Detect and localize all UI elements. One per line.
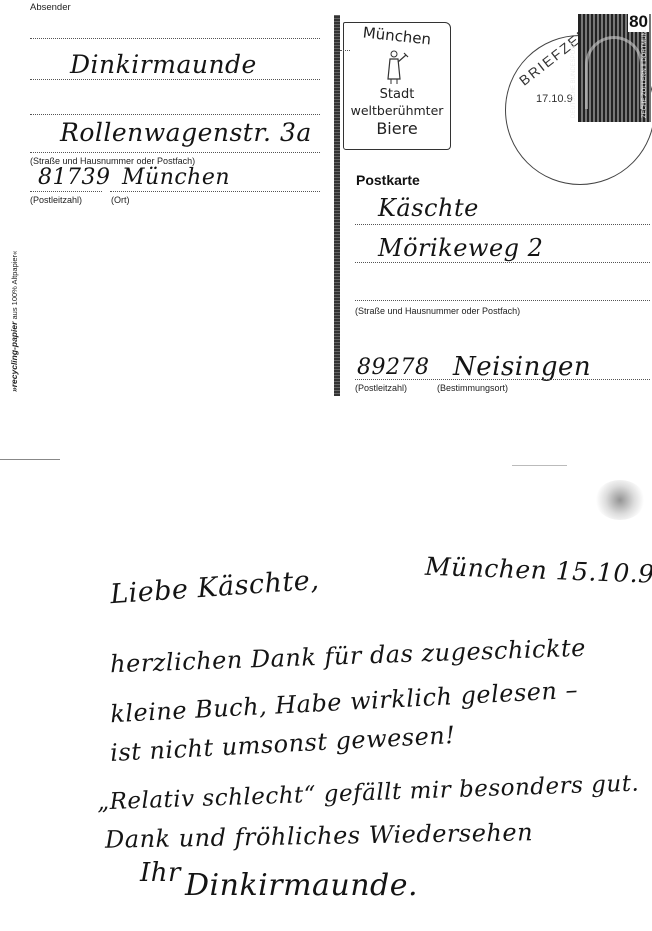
slogan-line-4: Biere (344, 119, 450, 138)
message-line-4: „Relativ schlecht“ gefällt mir besonders… (97, 771, 640, 816)
recipient-street: Mörikeweg 2 (378, 234, 543, 262)
recipient-postcode-caption: (Postleitzahl) (355, 383, 407, 393)
sender-city-caption: (Ort) (111, 195, 130, 205)
sender-street: Rollenwagenstr. 3a (60, 118, 312, 147)
recycling-note-bold: »recycling-papier (9, 322, 19, 392)
postage-stamp: 80 DEUTSCHE BUNDESPOST ZECHE ZOLLERN II … (578, 14, 651, 122)
recipient-city-line (355, 379, 650, 380)
stamp-subject: ZECHE ZOLLERN II DORTMUND (642, 27, 648, 118)
slogan-line-3: weltberühmter (338, 103, 456, 118)
stamp-country: DEUTSCHE BUNDESPOST (571, 42, 577, 118)
recipient-city: Neisingen (453, 352, 591, 382)
sender-postcode-line (30, 191, 102, 192)
message-line-2: kleine Buch, Habe wirklich gelesen – (110, 676, 579, 728)
recycling-note-rest: aus 100% Altpapier« (10, 251, 19, 322)
greeting: Liebe Käschte, (109, 565, 320, 611)
stamp-arch-graphic (585, 36, 643, 109)
slogan-cancellation: München Stadt weltberühmter Biere (343, 22, 451, 150)
recipient-line-1 (355, 224, 650, 225)
postcard-title: Postkarte (356, 172, 420, 188)
slogan-line-2: Stadt (344, 87, 450, 102)
slogan-line-1: München (343, 22, 450, 51)
sender-line-4 (30, 152, 320, 153)
sender-line-2 (30, 79, 320, 80)
slogan-edge-line (340, 50, 350, 51)
sender-heading: Absender (30, 2, 71, 13)
postmark-date: 17.10.9 (536, 93, 573, 105)
sender-name: Dinkirmaunde (70, 50, 257, 79)
message-line-1: herzlichen Dank für das zugeschickte (110, 634, 587, 679)
vertical-divider (334, 15, 340, 396)
place-date: München 15.10.96 (425, 552, 652, 590)
recipient-street-caption: (Straße und Hausnummer oder Postfach) (355, 306, 520, 316)
scan-edge-mark-right (512, 465, 567, 466)
scan-smudge (595, 480, 645, 520)
sender-city: München (122, 165, 230, 190)
sender-line-1 (30, 38, 320, 39)
sender-city-line (110, 191, 320, 192)
closing: Ihr (140, 858, 181, 888)
recipient-line-2 (355, 262, 650, 263)
recipient-city-caption: (Bestimmungsort) (437, 383, 508, 393)
sender-postcode-caption: (Postleitzahl) (30, 195, 82, 205)
sender-postcode: 81739 (38, 165, 111, 190)
sender-line-3 (30, 114, 320, 115)
recipient-line-3 (355, 300, 650, 301)
recipient-name: Käschte (378, 194, 479, 222)
recycling-note: »recycling-papier aus 100% Altpapier« (9, 251, 19, 392)
scan-edge-mark-left (0, 459, 60, 460)
recipient-postcode: 89278 (357, 355, 430, 380)
monk-figure-icon (382, 49, 412, 85)
signature: Dinkirmaunde. (185, 868, 418, 903)
message-line-5: Dank und fröhliches Wiedersehen (105, 818, 533, 853)
message-line-3: ist nicht umsonst gewesen! (110, 721, 457, 767)
